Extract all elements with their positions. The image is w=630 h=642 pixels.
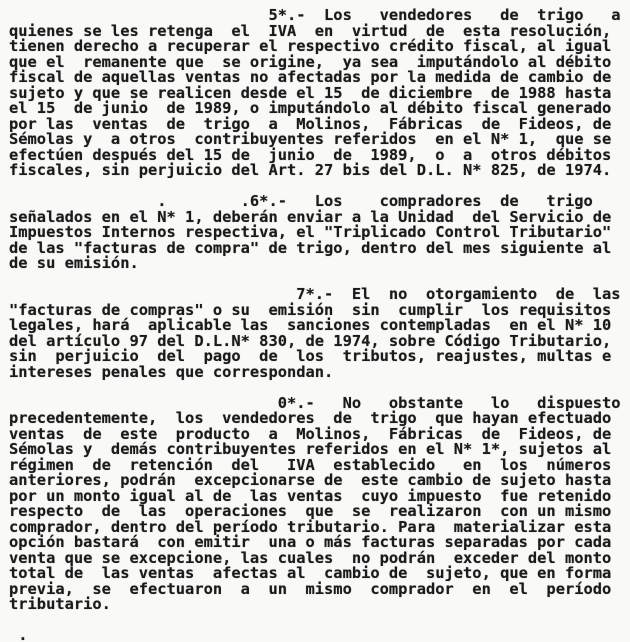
paragraph-6: . .6*.- Los compradores de trigo señalad… bbox=[9, 194, 630, 272]
paragraph-5: 5*.- Los vendedores de trigo a quienes s… bbox=[9, 8, 630, 179]
paragraph-8: 0*.- No obstante lo dispuesto precedente… bbox=[9, 396, 630, 613]
scan-artifact-dot: . bbox=[9, 628, 630, 642]
document-page: 5*.- Los vendedores de trigo a quienes s… bbox=[0, 0, 630, 642]
paragraph-7: 7*.- El no otorgamiento de las "facturas… bbox=[9, 287, 630, 380]
